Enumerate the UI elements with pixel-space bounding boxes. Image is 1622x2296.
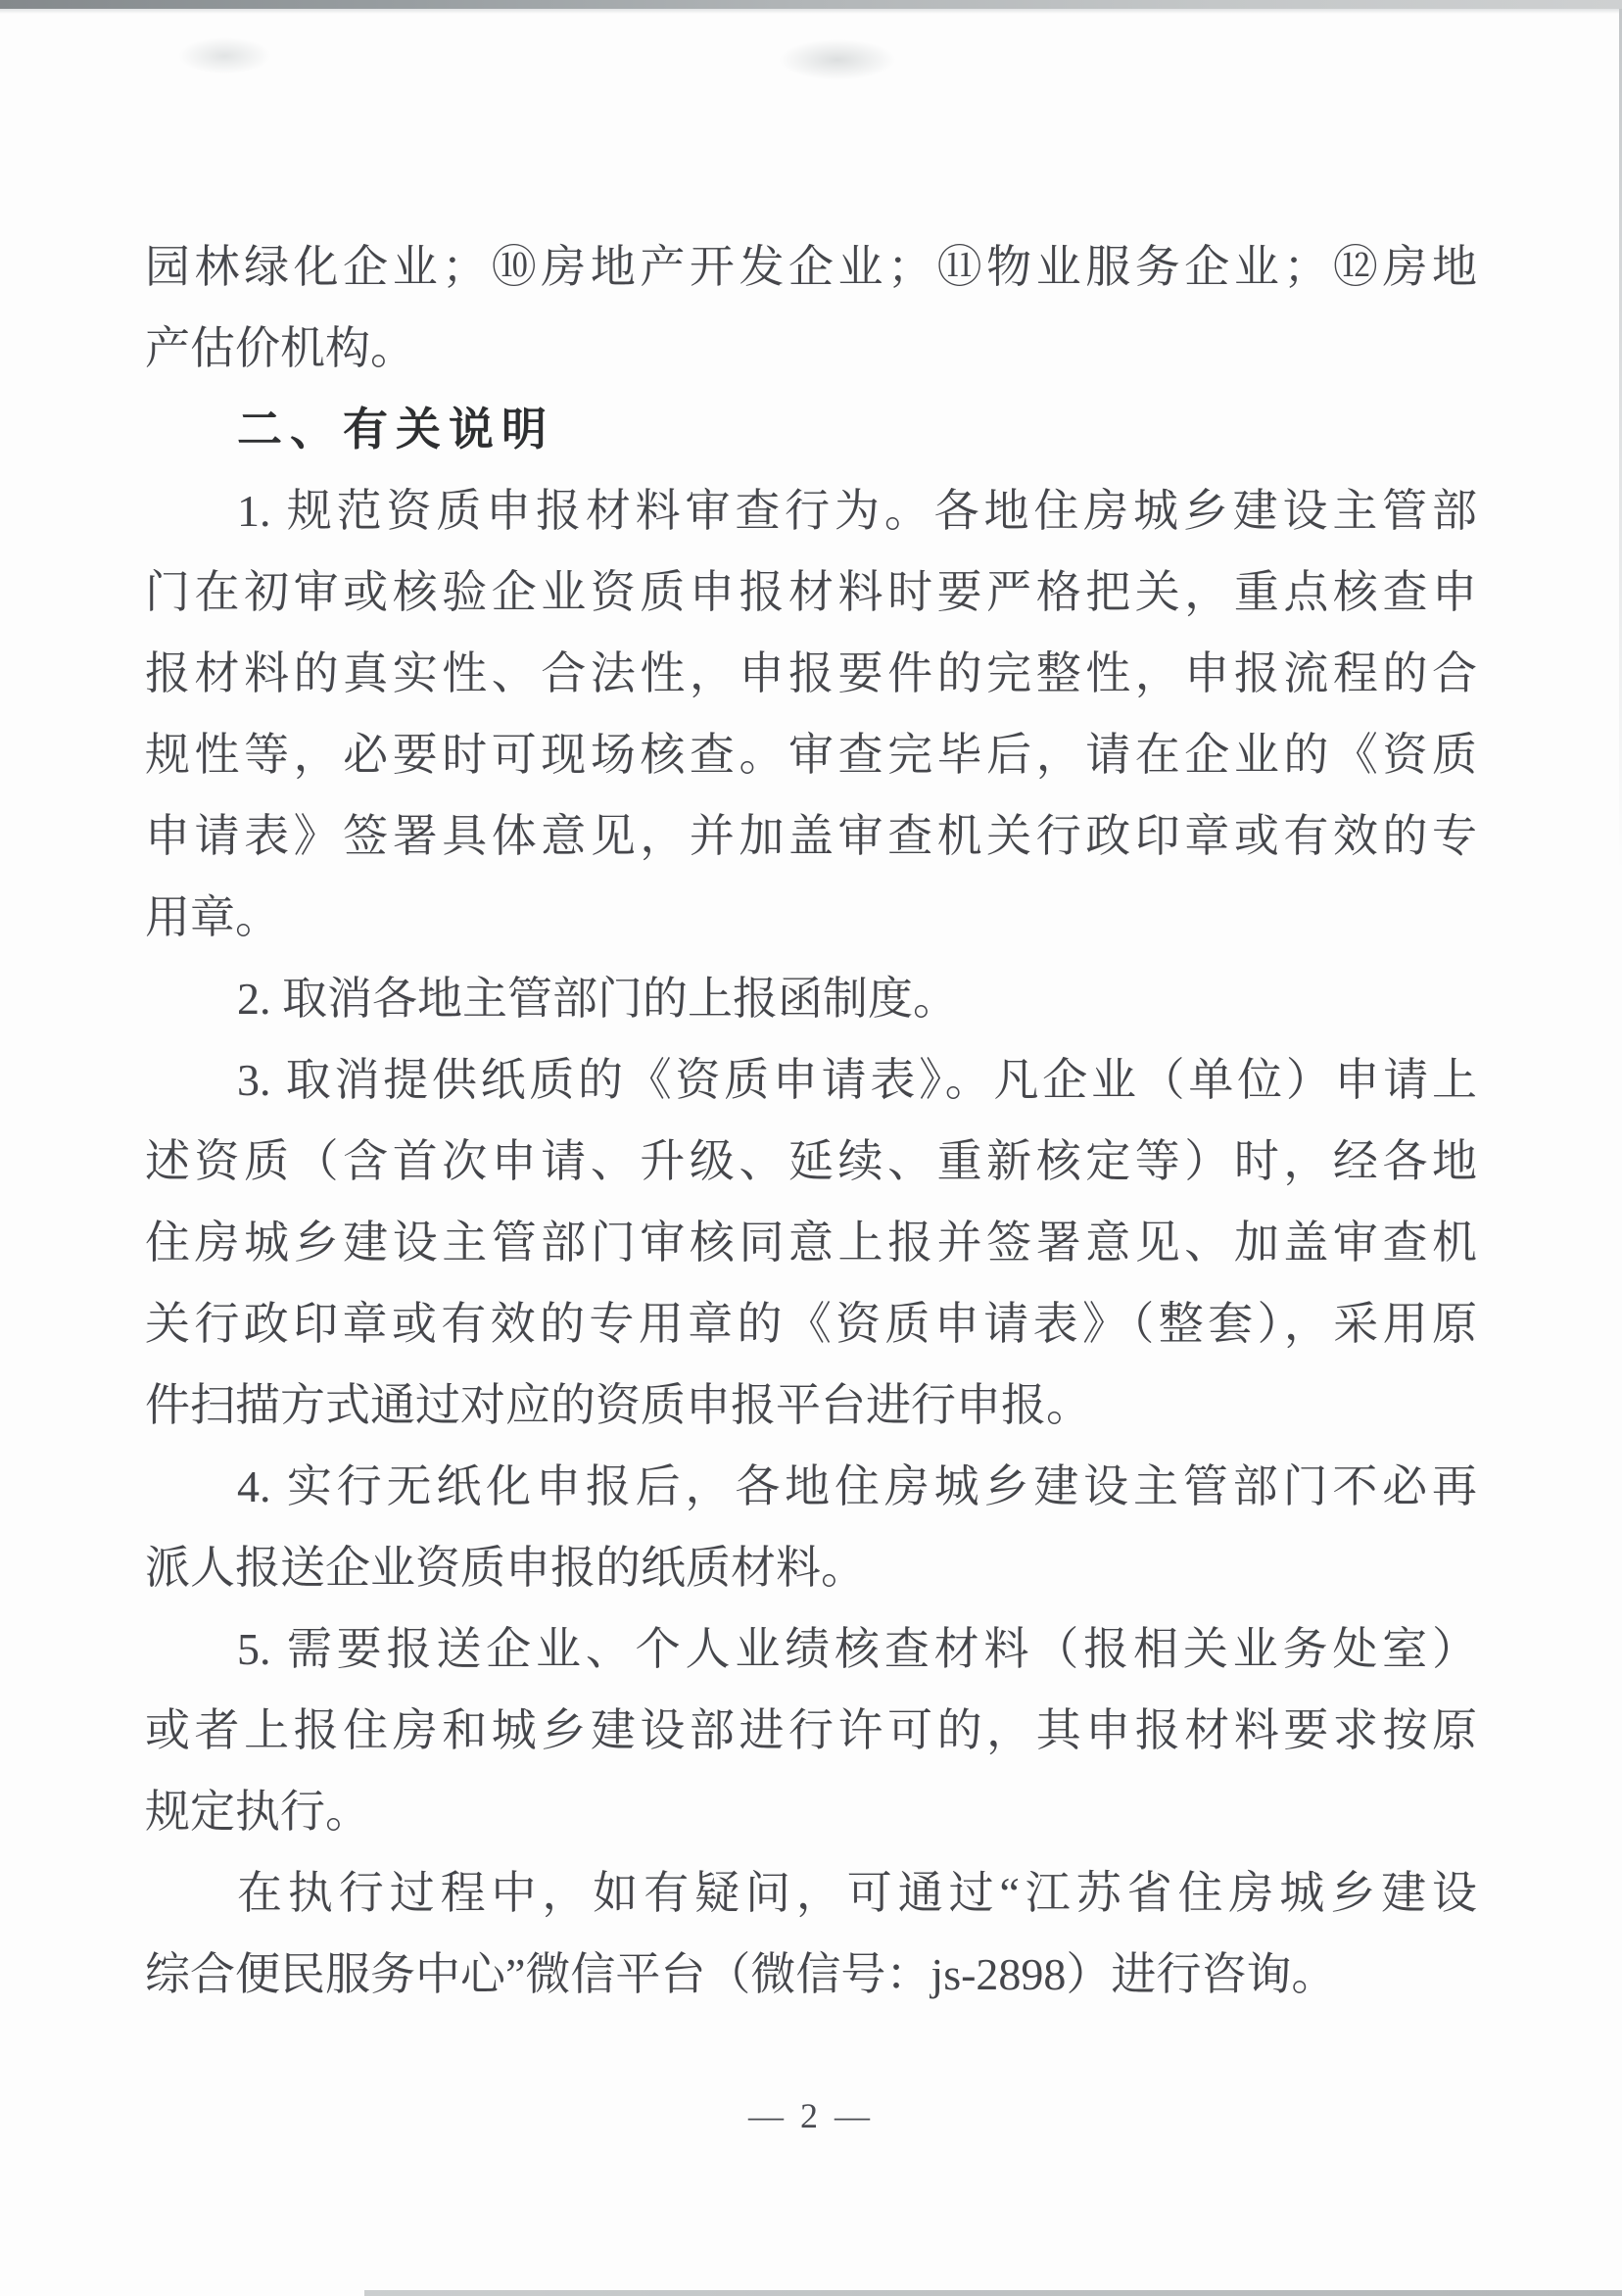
text-line: 门在初审或核验企业资质申报材料时要严格把关，重点核查申 bbox=[145, 551, 1477, 633]
text-line: 规性等，必要时可现场核查。审查完毕后，请在企业的《资质 bbox=[145, 714, 1477, 795]
scan-edge-top bbox=[0, 0, 1622, 9]
text-line: 申请表》签署具体意见，并加盖审查机关行政印章或有效的专 bbox=[145, 795, 1477, 877]
text-line: 派人报送企业资质申报的纸质材料。 bbox=[145, 1527, 1477, 1608]
page-number: — 2 — bbox=[748, 2096, 874, 2135]
text-line: 住房城乡建设主管部门审核同意上报并签署意见、加盖审查机 bbox=[145, 1202, 1477, 1283]
text-line: 2. 取消各地主管部门的上报函制度。 bbox=[145, 958, 1477, 1039]
text-line: 关行政印章或有效的专用章的《资质申请表》（整套），采用原 bbox=[145, 1283, 1477, 1364]
text-line: 综合便民服务中心”微信平台（微信号：js-2898）进行咨询。 bbox=[145, 1934, 1477, 2015]
scan-smudge bbox=[178, 37, 271, 74]
scan-edge-bottom bbox=[364, 2290, 1622, 2296]
text-line: 园林绿化企业；⑩房地产开发企业；⑪物业服务企业；⑫房地 bbox=[145, 226, 1477, 308]
text-line: 4. 实行无纸化申报后，各地住房城乡建设主管部门不必再 bbox=[145, 1446, 1477, 1527]
text-line: 5. 需要报送企业、个人业绩核查材料（报相关业务处室） bbox=[145, 1608, 1477, 1690]
page-footer: — 2 — bbox=[0, 2092, 1622, 2139]
document-body: 园林绿化企业；⑩房地产开发企业；⑪物业服务企业；⑫房地 产估价机构。 二、有关说… bbox=[145, 226, 1477, 2015]
text-line: 3. 取消提供纸质的《资质申请表》。凡企业（单位）申请上 bbox=[145, 1039, 1477, 1121]
scan-smudge bbox=[779, 39, 896, 80]
text-line: 在执行过程中，如有疑问，可通过“江苏省住房城乡建设 bbox=[145, 1852, 1477, 1934]
text-line: 产估价机构。 bbox=[145, 308, 1477, 389]
text-line: 报材料的真实性、合法性，申报要件的完整性，申报流程的合 bbox=[145, 633, 1477, 714]
section-heading: 二、有关说明 bbox=[145, 389, 1477, 470]
text-line: 件扫描方式通过对应的资质申报平台进行申报。 bbox=[145, 1364, 1477, 1446]
text-line: 或者上报住房和城乡建设部进行许可的，其申报材料要求按原 bbox=[145, 1690, 1477, 1771]
scan-edge-top-fade bbox=[0, 9, 1622, 14]
text-line: 1. 规范资质申报材料审查行为。各地住房城乡建设主管部 bbox=[145, 470, 1477, 551]
text-line: 用章。 bbox=[145, 877, 1477, 958]
text-line: 述资质（含首次申请、升级、延续、重新核定等）时，经各地 bbox=[145, 1121, 1477, 1202]
text-line: 规定执行。 bbox=[145, 1771, 1477, 1852]
document-page: 园林绿化企业；⑩房地产开发企业；⑪物业服务企业；⑫房地 产估价机构。 二、有关说… bbox=[0, 0, 1622, 2296]
